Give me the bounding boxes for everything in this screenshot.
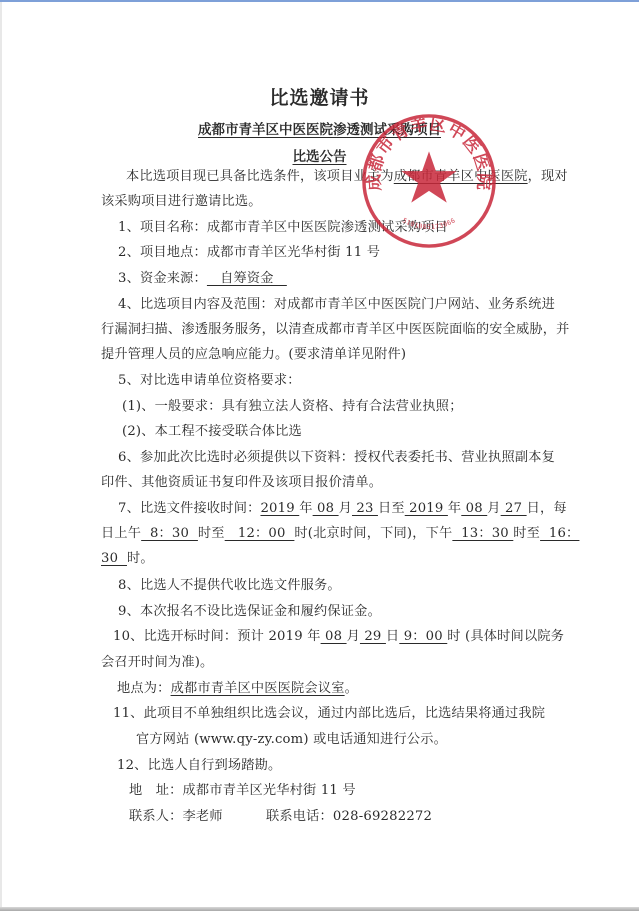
item-11-line-2: 官方网站 (www.qy-zy.com) 或电话通知进行公示。	[136, 731, 447, 749]
item-10-line-1: 10、比选开标时间：预计 2019 年 08 月 29 日 9：00 时 (具体…	[113, 628, 564, 646]
bottom-border	[0, 907, 639, 911]
item-5-1: (1)、一般要求：具有独立法人资格、持有合法营业执照；	[122, 398, 463, 416]
item-3-funding: 3、资金来源： 自筹资金	[118, 270, 287, 288]
item-7-line-2: 日上午 8：30 时至 12：00 时(北京时间，下同)，下午 13：30 时至…	[101, 525, 579, 543]
item-1-project-name: 1、项目名称：成都市青羊区中医医院渗透测试采购项目	[118, 219, 448, 237]
item-2-project-location: 2、项目地点：成都市青羊区光华村街 11 号	[118, 244, 380, 262]
document-title: 比选邀请书	[0, 83, 639, 110]
item-6-line-1: 6、参加此次比选时必须提供以下资料：授权代表委托书、营业执照副本复	[118, 449, 555, 467]
contact-address: 地 址：成都市青羊区光华村街 11 号	[129, 782, 356, 800]
meeting-place: 地点为：成都市青羊区中医医院会议室。	[117, 680, 358, 698]
item-11-line-1: 11、此项目不单独组织比选会议，通过内部比选后，比选结果将通过我院	[113, 705, 545, 723]
announcement-title: 比选公告	[0, 145, 639, 165]
item-5-qualification: 5、对比选申请单位资格要求：	[118, 372, 301, 390]
item-4-line-3: 提升管理人员的应急响应能力。(要求清单详见附件)	[101, 346, 406, 364]
item-5-2: (2)、本工程不接受联合体比选	[122, 423, 302, 441]
contact-person: 联系人：李老师	[129, 808, 223, 826]
item-12: 12、比选人自行到场踏勘。	[117, 757, 281, 775]
top-border	[0, 0, 639, 2]
item-7-line-1: 7、比选文件接收时间：2019 年 08 月 23 日至 2019 年 08 月…	[118, 500, 567, 518]
contact-phone: 联系电话：028-69282272	[266, 808, 432, 826]
item-7-line-3: 30 时。	[101, 550, 154, 568]
item-8: 8、比选人不提供代收比选文件服务。	[118, 577, 341, 595]
item-4-line-2: 行漏洞扫描、渗透服务服务，以清查成都市青羊区中医医院面临的安全威胁，并	[101, 321, 570, 339]
item-10-line-2: 会召开时间为准)。	[101, 654, 213, 672]
project-title: 成都市青羊区中医医院渗透测试采购项目	[0, 118, 639, 138]
intro-line-1: 本比选项目现已具备比选条件，该项目业主为成都市青羊区中医医院，现对	[126, 168, 568, 186]
item-6-line-2: 印件、其他资质证书复印件及该项目报价清单。	[101, 474, 382, 492]
intro-line-2: 该采购项目进行邀请比选。	[101, 193, 262, 211]
item-4-line-1: 4、比选项目内容及范围：对成都市青羊区中医医院门户网站、业务系统进	[118, 296, 555, 314]
item-9: 9、本次报名不设比选保证金和履约保证金。	[118, 603, 381, 621]
